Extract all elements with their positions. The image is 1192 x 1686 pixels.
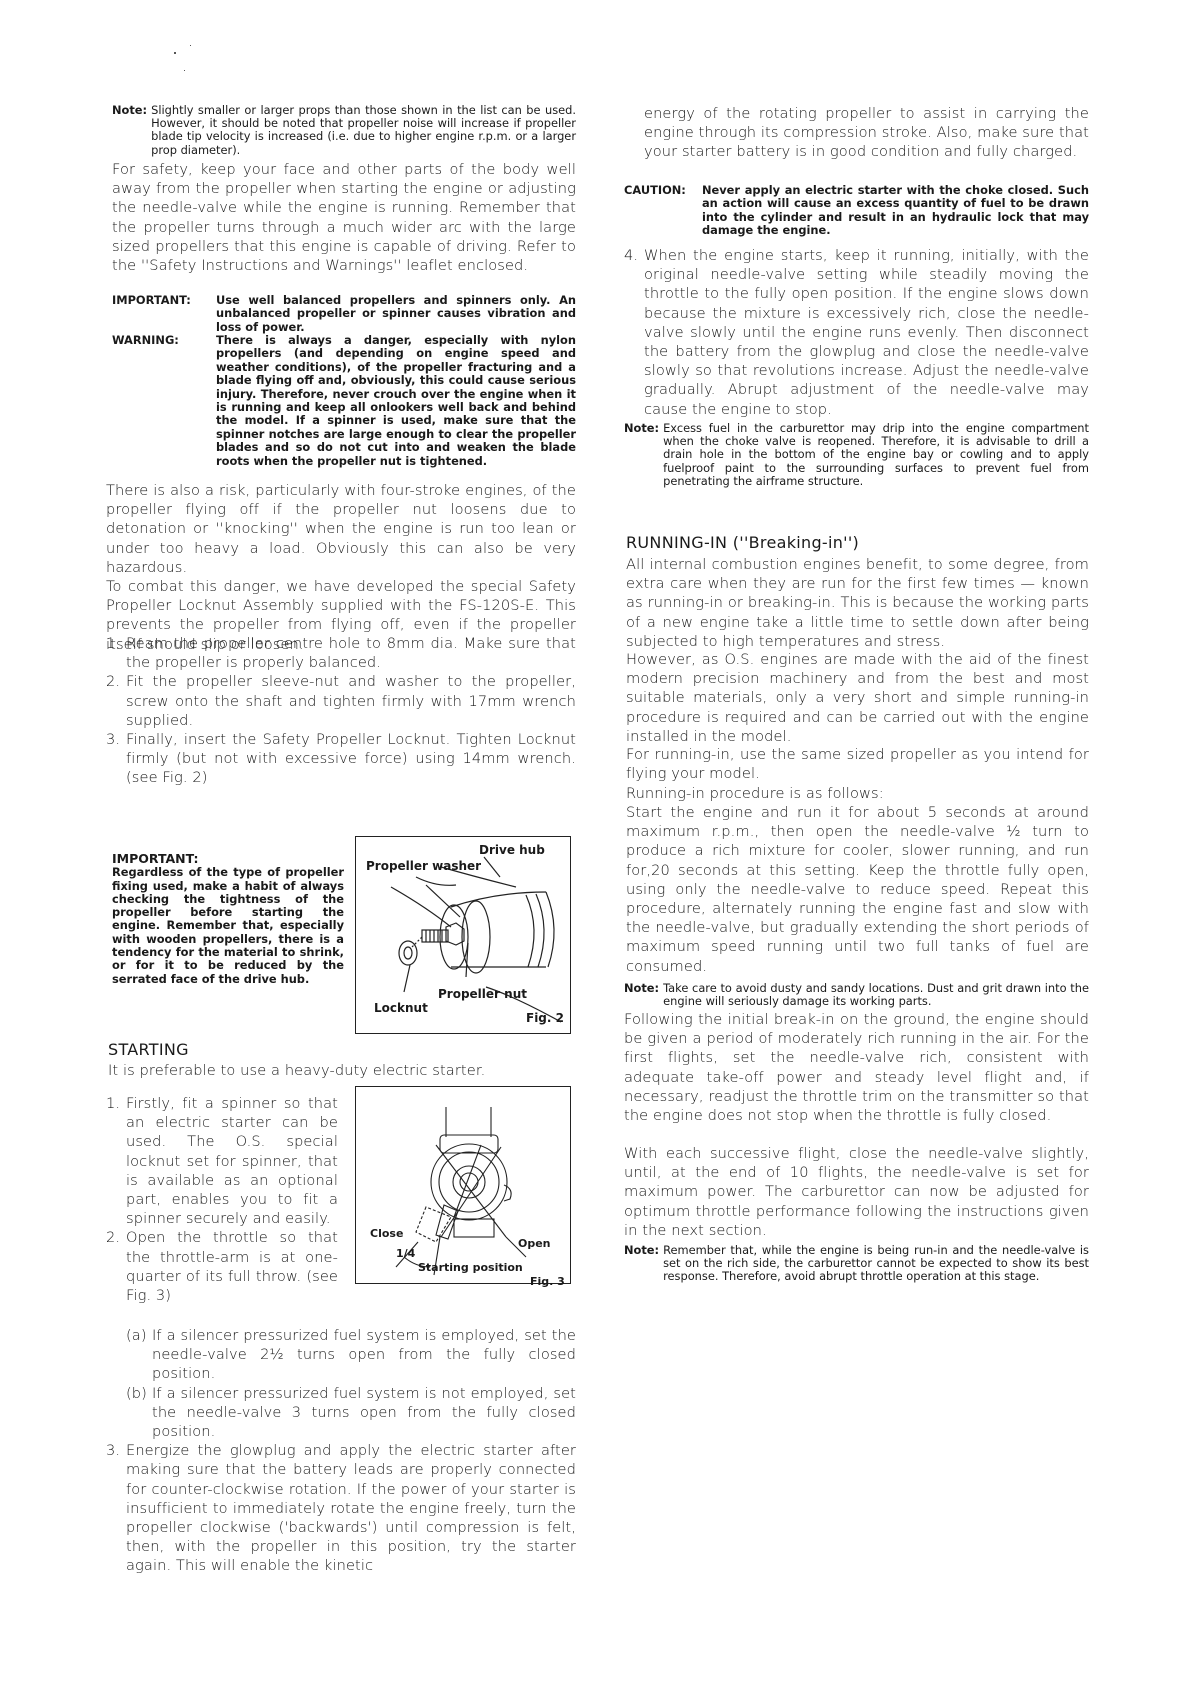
note-label: Note: — [112, 104, 151, 157]
figure-3-caption: Fig. 3 — [530, 1275, 565, 1288]
step-text: Fit the propeller sleeve-nut and washer … — [126, 672, 576, 730]
important-text: Regardless of the type of propeller fixi… — [112, 866, 344, 986]
warning-text: There is always a danger, especially wit… — [216, 334, 576, 468]
label-propeller-nut: Propeller nut — [438, 987, 527, 1001]
locknut-step-3: 3. Finally, insert the Safety Propeller … — [106, 730, 576, 788]
speck — [190, 45, 191, 46]
note-dust: Note: Take care to avoid dusty and sandy… — [624, 982, 1089, 1008]
label-locknut: Locknut — [374, 1001, 428, 1015]
label-drive-hub: Drive hub — [479, 843, 545, 857]
caution-label: CAUTION: — [624, 184, 702, 238]
locknut-step-1: 1. Ream the propeller centre hole to 8mm… — [106, 634, 576, 672]
note-label: Note: — [624, 1244, 663, 1284]
label-open: Open — [518, 1237, 551, 1250]
starting-heading: STARTING — [108, 1040, 189, 1059]
label-propeller-washer: Propeller washer — [366, 859, 481, 873]
speck — [184, 70, 185, 71]
step-number: 1. — [106, 1094, 126, 1228]
step-text: When the engine starts, keep it running,… — [644, 246, 1089, 419]
speck — [174, 52, 176, 54]
figure-2-caption: Fig. 2 — [526, 1011, 564, 1025]
note-text: Take care to avoid dusty and sandy locat… — [663, 982, 1089, 1008]
running-in-paragraph-6: Following the initial break-in on the gr… — [624, 1010, 1089, 1125]
step-number: 4. — [624, 246, 644, 419]
carburettor-illustration — [356, 1087, 570, 1283]
warning-label: WARNING: — [112, 334, 216, 468]
important-label: IMPORTANT: — [112, 852, 344, 865]
locknut-steps-list: 1. Ream the propeller centre hole to 8mm… — [106, 634, 576, 788]
continuation-paragraph: energy of the rotating propeller to assi… — [644, 104, 1089, 162]
figure-3-throttle-position: Close Open 1/4 Starting position Fig. 3 — [355, 1086, 571, 1284]
step-text: Ream the propeller centre hole to 8mm di… — [126, 634, 576, 672]
step-number: 1. — [106, 634, 126, 672]
starting-sub-step-a: (a) If a silencer pressurized fuel syste… — [106, 1326, 576, 1384]
caution-text: Never apply an electric starter with the… — [702, 184, 1089, 238]
running-in-paragraph-4: Running-in procedure is as follows: — [626, 784, 1089, 803]
running-in-heading: RUNNING-IN (''Breaking-in'') — [626, 533, 859, 552]
important-tightness: IMPORTANT: Regardless of the type of pro… — [112, 852, 344, 986]
running-in-paragraph-2: However, as O.S. engines are made with t… — [626, 650, 1089, 746]
starting-intro: It is preferable to use a heavy-duty ele… — [108, 1061, 578, 1080]
step-text: Finally, insert the Safety Propeller Loc… — [126, 730, 576, 788]
step-text: Open the throttle so that the throttle-a… — [126, 1228, 338, 1305]
important-text: Use well balanced propellers and spinner… — [216, 294, 576, 334]
note-label: Note: — [624, 422, 663, 488]
starting-step-2: 2. Open the throttle so that the throttl… — [106, 1228, 338, 1305]
starting-sub-step-b: (b) If a silencer pressurized fuel syste… — [106, 1384, 576, 1442]
sub-step-text: If a silencer pressurized fuel system is… — [152, 1326, 576, 1384]
note-excess-fuel: Note: Excess fuel in the carburettor may… — [624, 422, 1089, 488]
sub-step-text: If a silencer pressurized fuel system is… — [152, 1384, 576, 1442]
note-text: Remember that, while the engine is being… — [663, 1244, 1089, 1284]
step-number: 2. — [106, 1228, 126, 1305]
note-text: Excess fuel in the carburettor may drip … — [663, 422, 1089, 488]
running-in-paragraph-5: Start the engine and run it for about 5 … — [626, 803, 1089, 976]
sub-step-label: (b) — [126, 1384, 152, 1442]
locknut-step-2: 2. Fit the propeller sleeve-nut and wash… — [106, 672, 576, 730]
starting-steps-1-2: 1. Firstly, fit a spinner so that an ele… — [106, 1094, 338, 1305]
note-final: Note: Remember that, while the engine is… — [624, 1244, 1089, 1284]
scan-specks — [160, 40, 220, 80]
caution-block: CAUTION: Never apply an electric starter… — [624, 184, 1089, 238]
starting-step-3: 3. Energize the glowplug and apply the e… — [106, 1441, 576, 1575]
label-quarter: 1/4 — [396, 1247, 415, 1260]
important-propellers: IMPORTANT: Use well balanced propellers … — [112, 294, 576, 334]
note-props: Note: Slightly smaller or larger props t… — [112, 104, 576, 157]
sub-step-label: (a) — [126, 1326, 152, 1384]
important-label: IMPORTANT: — [112, 294, 216, 334]
label-close: Close — [370, 1227, 403, 1240]
label-starting-position: Starting position — [418, 1261, 523, 1274]
running-in-paragraph-1: All internal combustion engines benefit,… — [626, 555, 1089, 651]
starting-sub-steps: (a) If a silencer pressurized fuel syste… — [106, 1326, 576, 1576]
step-text: Firstly, fit a spinner so that an electr… — [126, 1094, 338, 1228]
running-in-paragraph-3: For running-in, use the same sized prope… — [626, 745, 1089, 783]
safety-paragraph: For safety, keep your face and other par… — [112, 160, 576, 275]
note-text: Slightly smaller or larger props than th… — [151, 104, 576, 157]
starting-step-1: 1. Firstly, fit a spinner so that an ele… — [106, 1094, 338, 1228]
step-number: 3. — [106, 730, 126, 788]
step-4-item: 4. When the engine starts, keep it runni… — [624, 246, 1089, 419]
risk-paragraph: There is also a risk, particularly with … — [106, 481, 576, 577]
figure-2-propeller-assembly: Drive hub Propeller washer Propeller nut… — [355, 836, 571, 1034]
step-number: 3. — [106, 1441, 126, 1575]
step-number: 2. — [106, 672, 126, 730]
starting-step-4: 4. When the engine starts, keep it runni… — [624, 246, 1089, 419]
running-in-paragraph-7: With each successive flight, close the n… — [624, 1144, 1089, 1240]
warning-block: WARNING: There is always a danger, espec… — [112, 334, 576, 468]
note-label: Note: — [624, 982, 663, 1008]
step-text: Energize the glowplug and apply the elec… — [126, 1441, 576, 1575]
